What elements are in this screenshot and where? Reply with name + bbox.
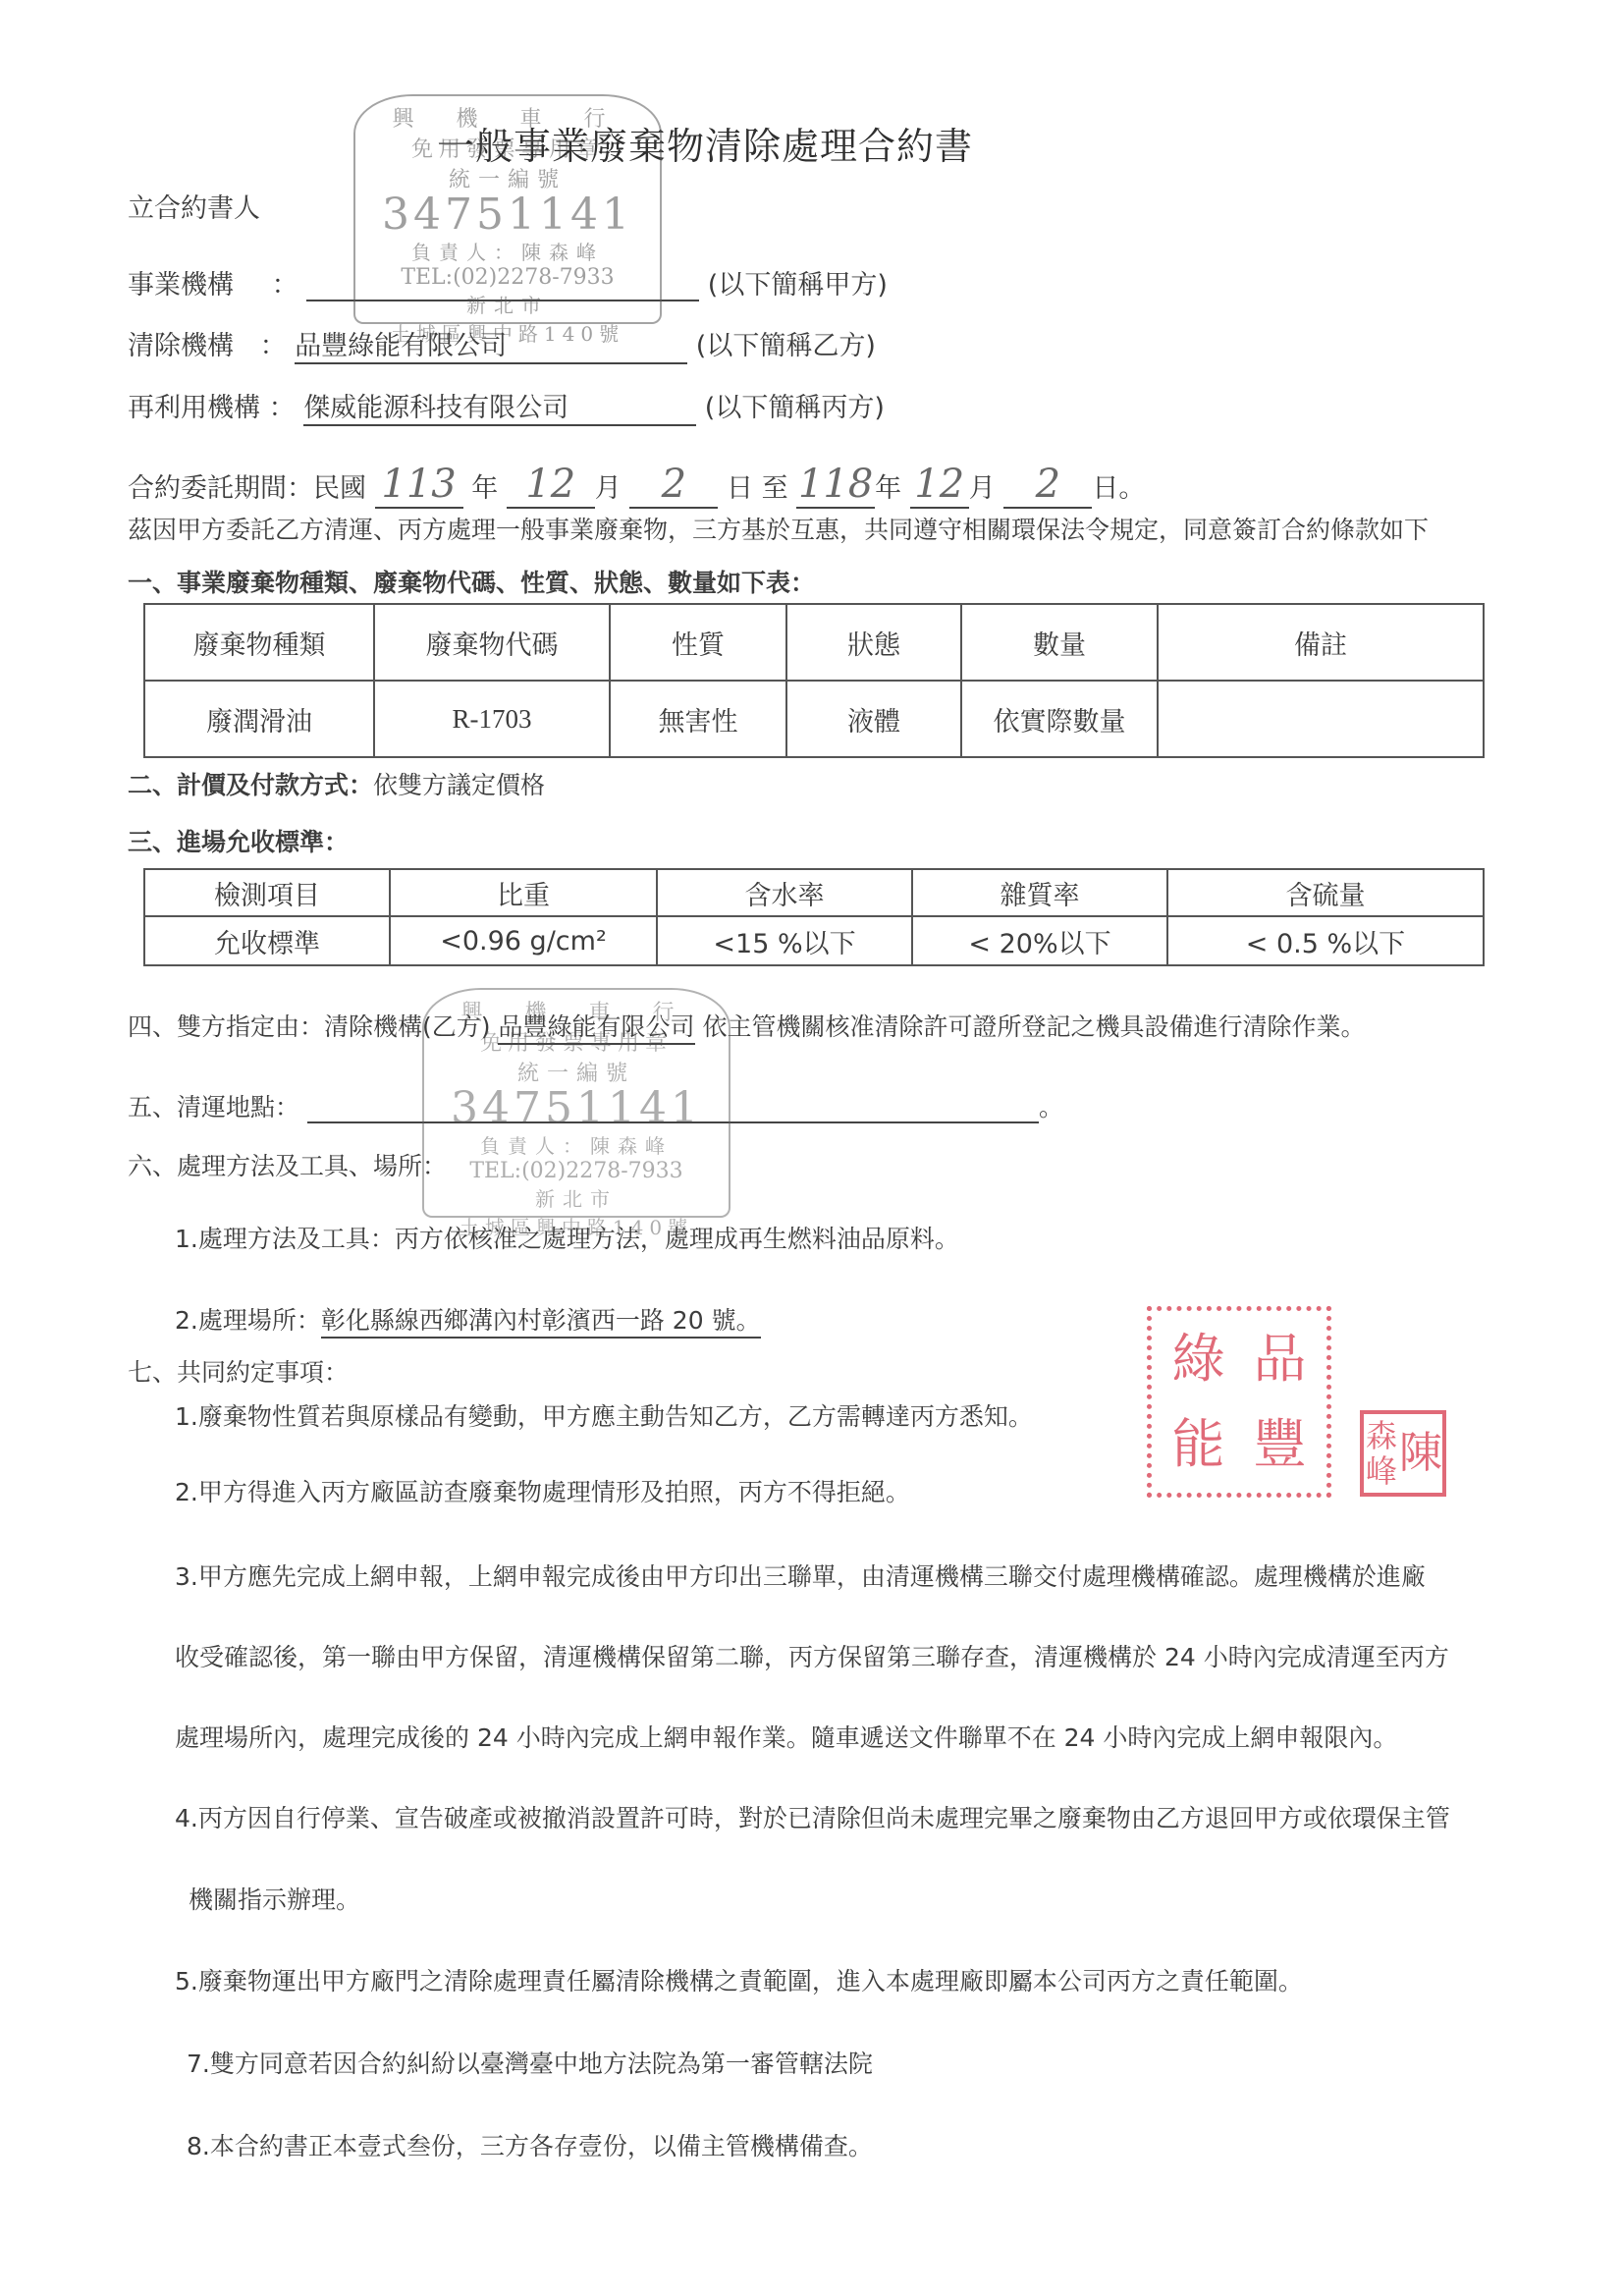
invoice-stamp: 興 機 車 行 免用發票專用章 統一編號 34751141 負責人：陳森峰 TE… xyxy=(353,94,662,324)
end-day-field[interactable]: 2 xyxy=(1003,462,1092,509)
company-seal: 綠 能 品 豐 xyxy=(1147,1306,1331,1498)
table-header: 雜質率 xyxy=(912,869,1167,916)
table-cell: 廢潤滑油 xyxy=(144,681,374,757)
table-cell xyxy=(1158,681,1484,757)
reuser-field[interactable]: 傑威能源科技有限公司 xyxy=(303,386,696,426)
start-day-field[interactable]: 2 xyxy=(629,462,718,509)
signatories-label: 立合約書人 xyxy=(128,187,260,225)
pricing-value: 依雙方議定價格 xyxy=(373,771,545,799)
clause-item: 5.廢棄物運出甲方廠門之清除處理責任屬清除機構之責範圍，進入本處理廠即屬本公司丙… xyxy=(175,1962,1303,1997)
section-7-heading: 七、共同約定事項： xyxy=(128,1353,349,1389)
table-cell: R-1703 xyxy=(374,681,610,757)
table-row: 廢潤滑油 R-1703 無害性 液體 依實際數量 xyxy=(144,681,1484,757)
end-year-field[interactable]: 118 xyxy=(796,462,875,509)
clause-item: 7.雙方同意若因合約糾紛以臺灣臺中地方法院為第一審管轄法院 xyxy=(187,2045,873,2080)
party-suffix: (以下簡稱丙方) xyxy=(705,393,885,423)
section-1-heading: 一、事業廢棄物種類、廢棄物代碼、性質、狀態、數量如下表： xyxy=(128,564,815,599)
party-label: 再利用機構 xyxy=(128,393,260,423)
party-suffix: (以下簡稱乙方) xyxy=(696,331,876,361)
contract-period: 合約委託期間：民國 113 年 12月 2 日 至 118年 12月 2日。 xyxy=(128,462,1145,509)
table-header: 性質 xyxy=(610,604,786,681)
clause-item: 1.廢棄物性質若與原樣品有變動，甲方應主動告知乙方，乙方需轉達丙方悉知。 xyxy=(175,1397,1033,1433)
clause-item: 4.丙方因自行停業、宣告破產或被撤消設置許可時，對於已清除但尚未處理完畢之廢棄物… xyxy=(175,1799,1450,1834)
acceptance-table: 檢測項目 比重 含水率 雜質率 含硫量 允收標準 <0.96 g/cm² <15… xyxy=(143,868,1485,966)
section-2-heading: 二、計價及付款方式： xyxy=(128,771,373,799)
clause-item: 收受確認後，第一聯由甲方保留，清運機構保留第二聯，丙方保留第三聯存查，清運機構於… xyxy=(175,1638,1449,1673)
clause-item: 8.本合約書正本壹式叁份，三方各存壹份，以備主管機構備查。 xyxy=(187,2127,873,2162)
party-label: 清除機構 xyxy=(128,331,234,361)
table-cell: 無害性 xyxy=(610,681,786,757)
waste-table: 廢棄物種類 廢棄物代碼 性質 狀態 數量 備註 廢潤滑油 R-1703 無害性 … xyxy=(143,603,1485,758)
section-2: 二、計價及付款方式：依雙方議定價格 xyxy=(128,766,545,801)
clause-item: 處理場所內，處理完成後的 24 小時內完成上網申報作業。隨車遞送文件聯單不在 2… xyxy=(175,1719,1397,1754)
start-year-field[interactable]: 113 xyxy=(375,462,463,509)
table-header: 比重 xyxy=(390,869,657,916)
clause-item: 機關指示辦理。 xyxy=(189,1881,360,1916)
party-suffix: (以下簡稱甲方) xyxy=(708,270,888,301)
table-cell: 液體 xyxy=(786,681,961,757)
table-cell: < 20%以下 xyxy=(912,916,1167,965)
processing-site-field[interactable]: 彰化縣線西鄉溝內村彰濱西一路 20 號。 xyxy=(321,1301,761,1339)
clause-item: 2.甲方得進入丙方廠區訪查廢棄物處理情形及拍照，丙方不得拒絕。 xyxy=(175,1473,910,1508)
start-month-field[interactable]: 12 xyxy=(507,462,595,509)
section-6-item-2: 2.處理場所：彰化縣線西鄉溝內村彰濱西一路 20 號。 xyxy=(175,1301,761,1339)
table-row: 允收標準 <0.96 g/cm² <15 %以下 < 20%以下 < 0.5 %… xyxy=(144,916,1484,965)
section-3-heading: 三、進場允收標準： xyxy=(128,823,349,858)
clause-item: 3.甲方應先完成上網申報，上網申報完成後由甲方印出三聯單，由清運機構三聯交付處理… xyxy=(175,1558,1426,1593)
table-header: 含硫量 xyxy=(1167,869,1484,916)
personal-seal: 森 峰 陳 xyxy=(1360,1410,1446,1497)
table-header: 數量 xyxy=(961,604,1158,681)
table-header: 檢測項目 xyxy=(144,869,390,916)
table-cell: <15 %以下 xyxy=(657,916,912,965)
table-header: 廢棄物代碼 xyxy=(374,604,610,681)
section-5-heading: 五、清運地點： xyxy=(128,1093,299,1121)
section-6-heading: 六、處理方法及工具、場所： xyxy=(128,1147,447,1182)
table-cell: < 0.5 %以下 xyxy=(1167,916,1484,965)
table-header: 狀態 xyxy=(786,604,961,681)
end-month-field[interactable]: 12 xyxy=(910,462,969,509)
table-header: 備註 xyxy=(1158,604,1484,681)
preamble: 茲因甲方委託乙方清運、丙方處理一般事業廢棄物，三方基於互惠，共同遵守相關環保法令… xyxy=(128,511,1429,546)
stamp-tax-id: 34751141 xyxy=(355,193,660,237)
section-4-heading: 四、雙方指定由： xyxy=(128,1012,324,1041)
table-cell: <0.96 g/cm² xyxy=(390,916,657,965)
table-header: 廢棄物種類 xyxy=(144,604,374,681)
table-header-row: 檢測項目 比重 含水率 雜質率 含硫量 xyxy=(144,869,1484,916)
invoice-stamp: 興 機 車 行 免用發票專用章 統一編號 34751141 負責人：陳森峰 TE… xyxy=(422,988,730,1218)
section-4: 四、雙方指定由：清除機構(乙方) 品豐綠能有限公司 依主管機關核准清除許可證所登… xyxy=(128,1008,1365,1045)
table-cell: 依實際數量 xyxy=(961,681,1158,757)
party-reuser: 再利用機構 ： 傑威能源科技有限公司 (以下簡稱丙方) xyxy=(128,386,885,426)
table-header: 含水率 xyxy=(657,869,912,916)
table-cell: 允收標準 xyxy=(144,916,390,965)
table-header-row: 廢棄物種類 廢棄物代碼 性質 狀態 數量 備註 xyxy=(144,604,1484,681)
stamp-tax-id: 34751141 xyxy=(424,1087,729,1130)
party-label: 事業機構 xyxy=(128,270,234,301)
